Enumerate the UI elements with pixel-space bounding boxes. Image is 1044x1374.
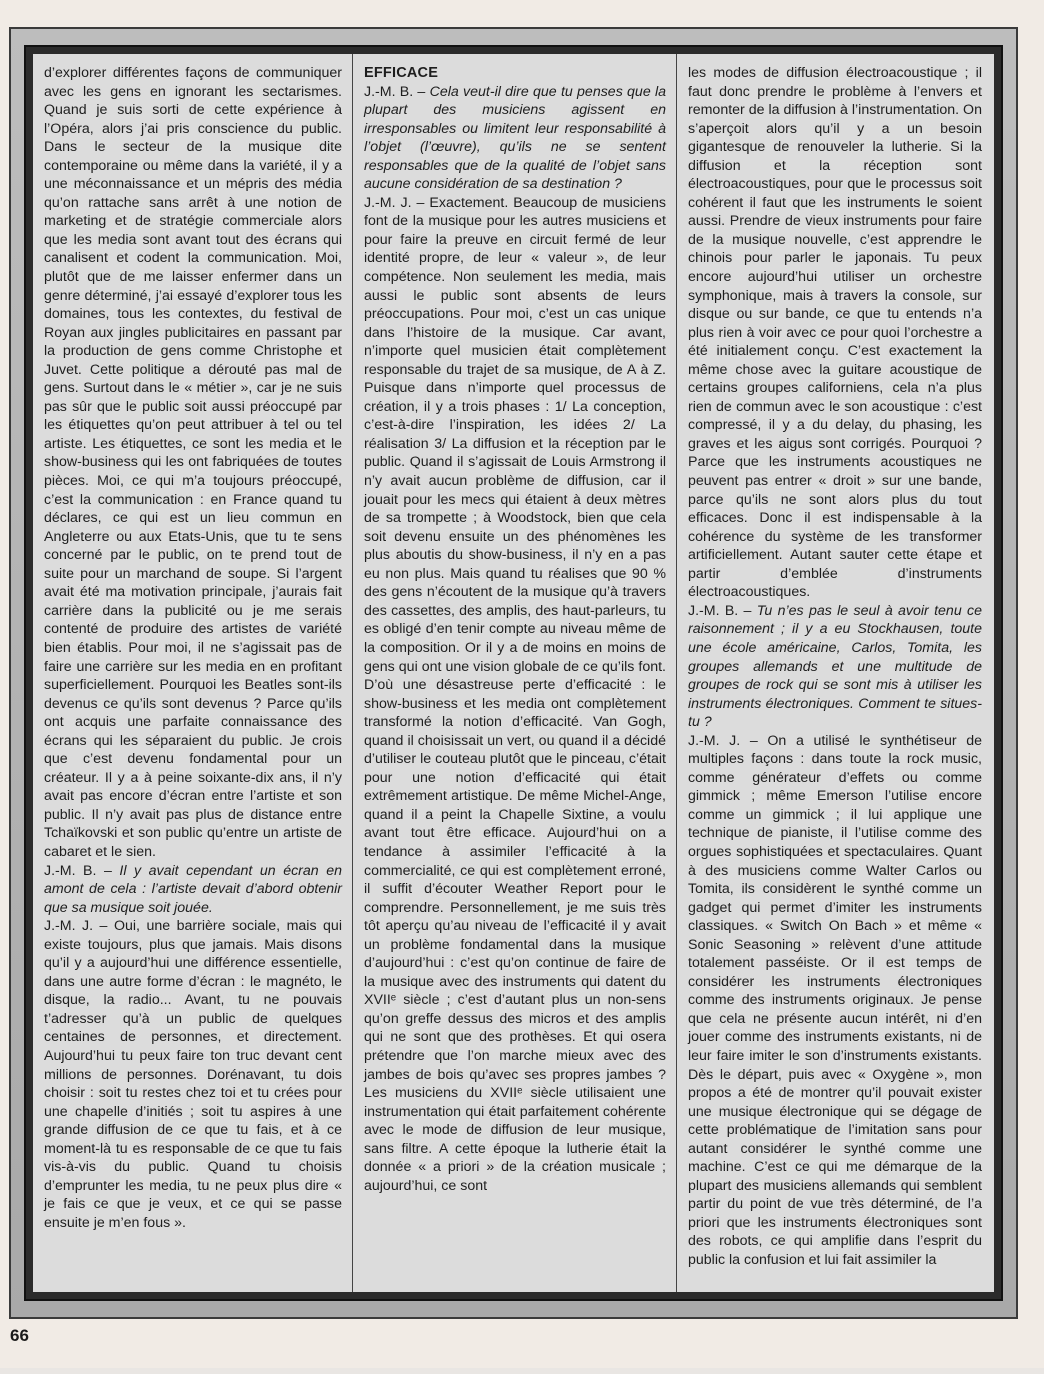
speaker-label: J.-M. J. – [44, 918, 107, 934]
answer-text: Exactement. Beaucoup de musiciens font d… [364, 195, 666, 1194]
paragraph: les modes de diffusion électroacoustique… [688, 64, 982, 602]
column-2: EFFICACE J.-M. B. – Cela veut-il dire qu… [353, 54, 677, 1292]
speaker-label: J.-M. B. – [364, 84, 425, 100]
section-heading: EFFICACE [364, 64, 666, 83]
outer-frame: d’explorer différentes façons de communi… [9, 27, 1018, 1319]
answer-paragraph: J.-M. J. – On a utilisé le synthétiseur … [688, 732, 982, 1270]
speaker-label: J.-M. J. – [688, 733, 758, 749]
page-edge [0, 1368, 1044, 1374]
question-paragraph: J.-M. B. – Il y avait cependant un écran… [44, 862, 342, 918]
question-text: Tu n’es pas le seul à avoir tenu ce rais… [688, 603, 982, 730]
answer-text: Oui, une barrière sociale, mais qui exis… [44, 918, 342, 1231]
column-1: d’explorer différentes façons de communi… [33, 54, 353, 1292]
answer-paragraph: J.-M. J. – Exactement. Beaucoup de music… [364, 194, 666, 1196]
answer-text: On a utilisé le synthétiseur de multiple… [688, 733, 982, 1268]
speaker-label: J.-M. B. – [44, 863, 112, 879]
question-paragraph: J.-M. B. – Cela veut-il dire que tu pens… [364, 83, 666, 194]
page-number: 66 [10, 1326, 29, 1346]
article-panel: d’explorer différentes façons de communi… [33, 54, 994, 1292]
column-3: les modes de diffusion électroacoustique… [677, 54, 994, 1292]
speaker-label: J.-M. J. – [364, 195, 424, 211]
paragraph: d’explorer différentes façons de communi… [44, 64, 342, 862]
speaker-label: J.-M. B. – [688, 603, 751, 619]
answer-paragraph: J.-M. J. – Oui, une barrière sociale, ma… [44, 917, 342, 1232]
question-paragraph: J.-M. B. – Tu n’es pas le seul à avoir t… [688, 602, 982, 732]
frame-dark-band: d’explorer différentes façons de communi… [24, 45, 1003, 1301]
